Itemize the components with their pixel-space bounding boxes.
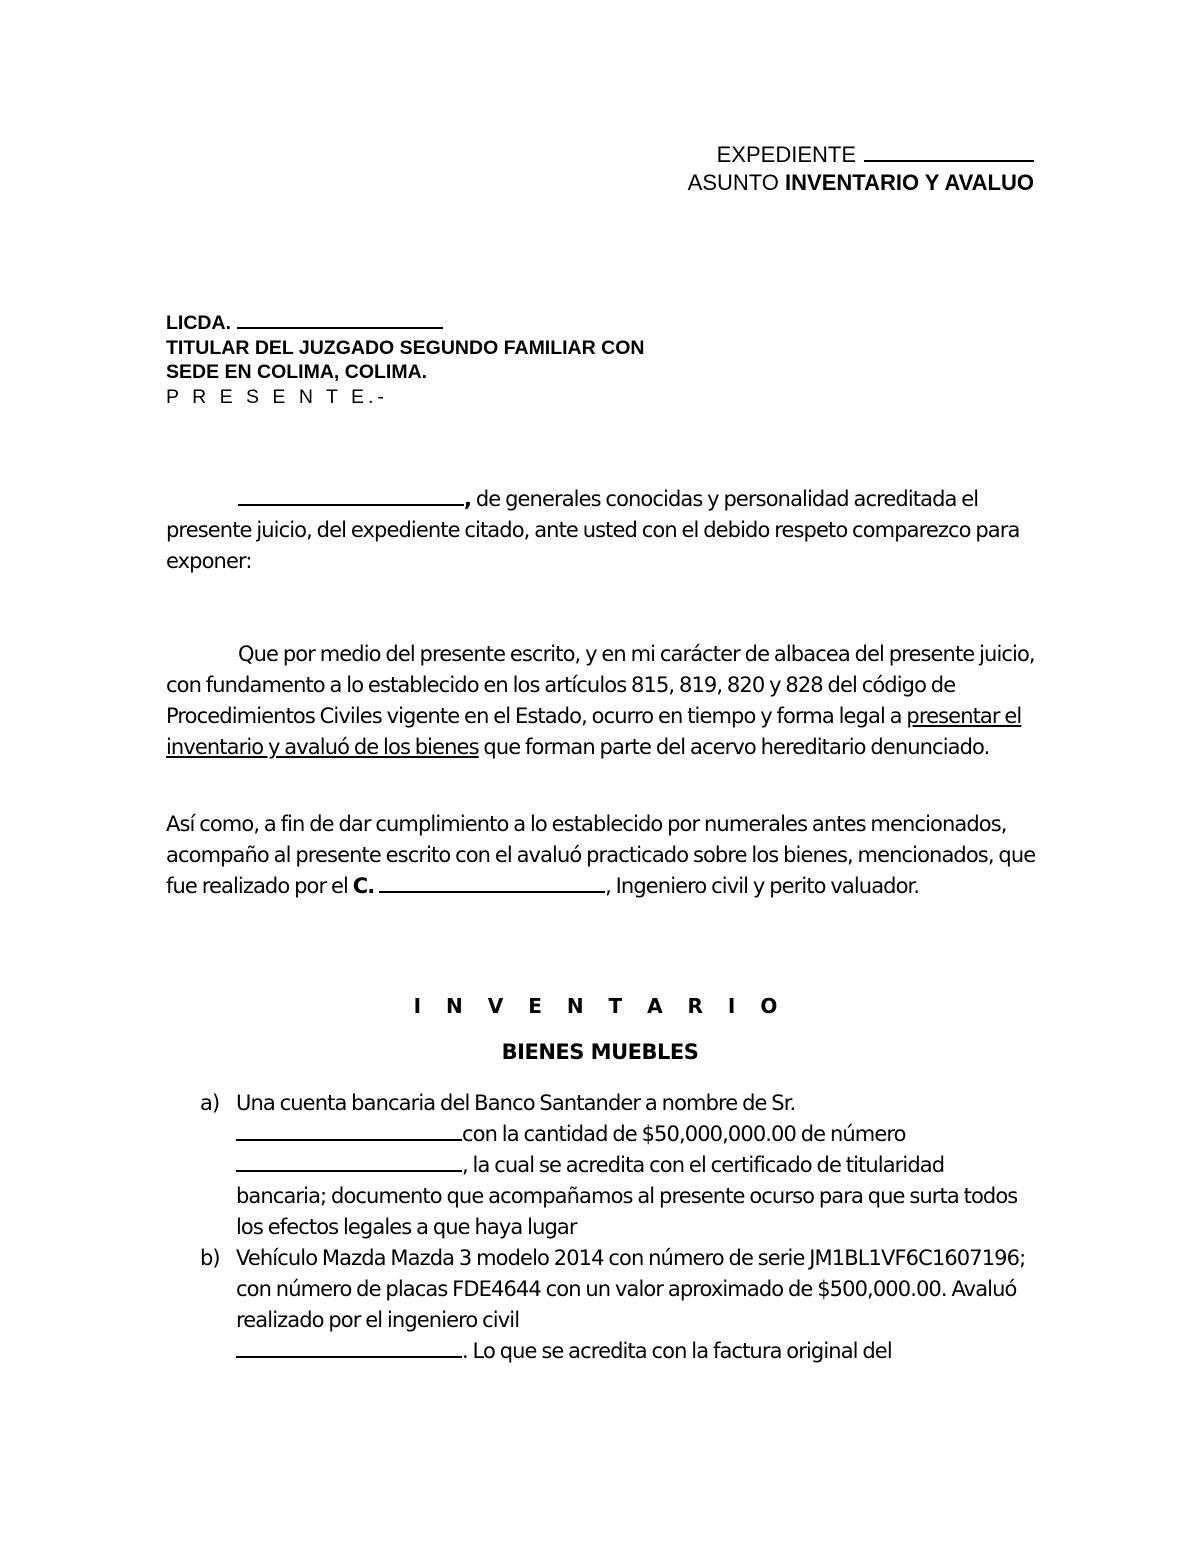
addressee-title-text: LICDA. xyxy=(166,312,231,334)
appraisal-text-after: , Ingeniero civil y perito valuador. xyxy=(605,874,919,898)
item-a-part1: Una cuenta bancaria del Banco Santander … xyxy=(236,1091,795,1115)
addressee-line-1: TITULAR DEL JUZGADO SEGUNDO FAMILIAR CON xyxy=(166,336,644,361)
addressee-title: LICDA. xyxy=(166,311,644,336)
item-a-part2: con la cantidad de $50,000,000.00 de núm… xyxy=(462,1122,906,1146)
paragraph-introduction: , de generales conocidas y personalidad … xyxy=(166,484,1036,577)
expediente-label: EXPEDIENTE xyxy=(717,142,856,167)
appraisal-c: C. xyxy=(353,874,375,898)
petition-text-before: Que por medio del presente escrito, y en… xyxy=(166,642,1035,728)
inventory-list: a) Una cuenta bancaria del Banco Santand… xyxy=(166,1088,1036,1367)
addressee-block: LICDA. TITULAR DEL JUZGADO SEGUNDO FAMIL… xyxy=(166,311,644,409)
item-b-part2: . Lo que se acredita con la factura orig… xyxy=(462,1339,892,1363)
list-marker: b) xyxy=(166,1243,236,1367)
expediente-line: EXPEDIENTE xyxy=(688,141,1034,169)
item-b-part1: Vehículo Mazda Mazda 3 modelo 2014 con n… xyxy=(236,1246,1025,1332)
expediente-blank xyxy=(864,144,1034,162)
inventory-subtitle: BIENES MUEBLES xyxy=(0,1040,1200,1064)
document-page: EXPEDIENTE ASUNTO INVENTARIO Y AVALUO LI… xyxy=(0,0,1200,1553)
list-item: a) Una cuenta bancaria del Banco Santand… xyxy=(166,1088,1036,1243)
engineer-blank xyxy=(379,873,605,893)
list-content: Una cuenta bancaria del Banco Santander … xyxy=(236,1088,1036,1243)
engineer-name-blank xyxy=(236,1338,462,1358)
inventory-title: I N V E N T A R I O xyxy=(0,994,1200,1018)
account-holder-blank xyxy=(236,1121,462,1141)
name-blank xyxy=(238,486,464,506)
asunto-line: ASUNTO INVENTARIO Y AVALUO xyxy=(688,169,1034,197)
addressee-name-blank xyxy=(237,313,443,329)
asunto-value: INVENTARIO Y AVALUO xyxy=(785,170,1034,195)
presente-line: P R E S E N T E.- xyxy=(166,385,644,410)
paragraph-appraisal: Así como, a fin de dar cumplimiento a lo… xyxy=(166,809,1036,902)
list-marker: a) xyxy=(166,1088,236,1243)
list-item: b) Vehículo Mazda Mazda 3 modelo 2014 co… xyxy=(166,1243,1036,1367)
list-content: Vehículo Mazda Mazda 3 modelo 2014 con n… xyxy=(236,1243,1036,1367)
asunto-label: ASUNTO xyxy=(688,170,779,195)
paragraph-petition: Que por medio del presente escrito, y en… xyxy=(166,639,1036,763)
addressee-line-2: SEDE EN COLIMA, COLIMA. xyxy=(166,360,644,385)
account-number-blank xyxy=(236,1152,462,1172)
case-header: EXPEDIENTE ASUNTO INVENTARIO Y AVALUO xyxy=(688,141,1034,197)
petition-text-after: que forman parte del acervo hereditario … xyxy=(479,735,990,759)
